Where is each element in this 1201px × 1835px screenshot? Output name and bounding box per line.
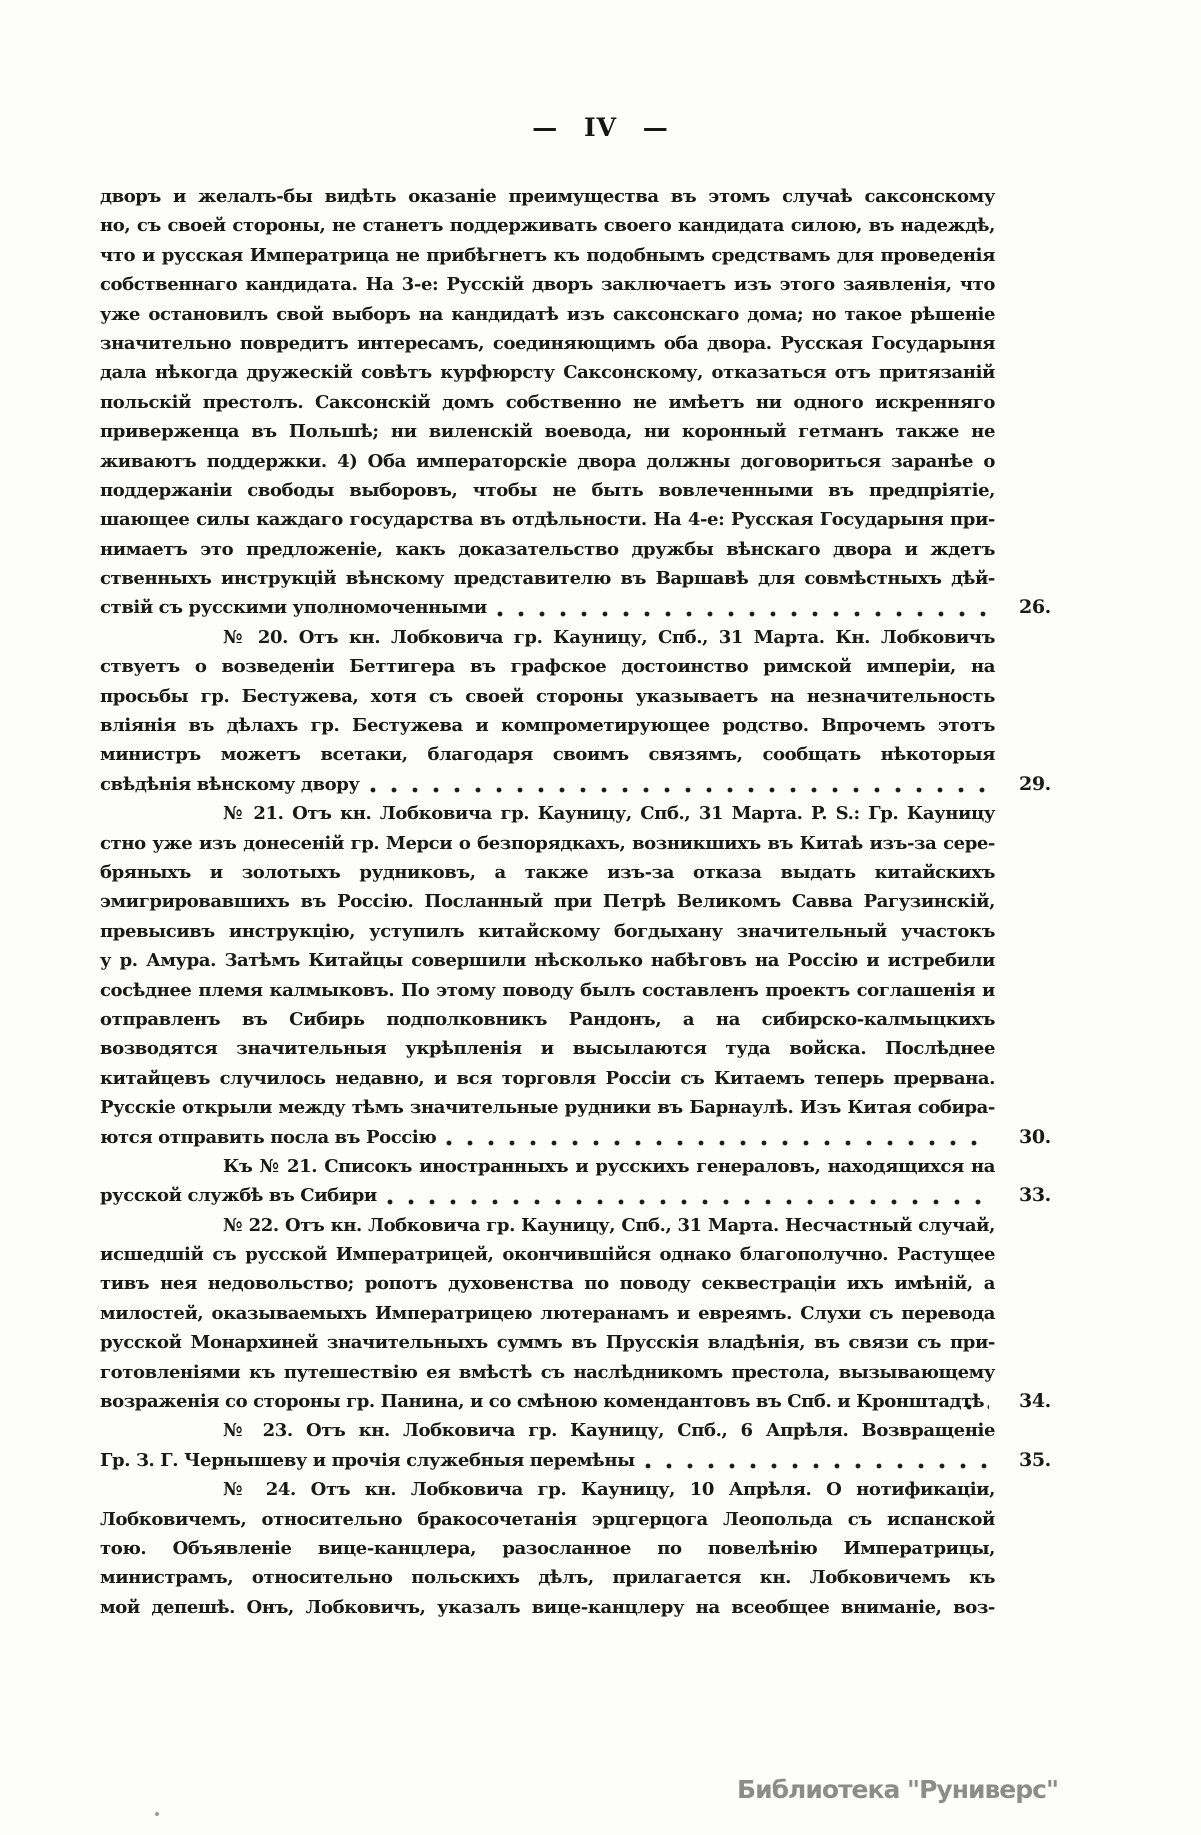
dotted-leader <box>446 1140 989 1146</box>
toc-line-text: шающее силы каждаго государства въ отдѣл… <box>100 505 995 534</box>
toc-line: ствуетъ о возведеніи Беттигера въ графск… <box>100 652 1075 681</box>
toc-line: дала нѣкогда дружескій совѣтъ курфюрсту … <box>100 358 1075 387</box>
toc-line-text: эмигрировавшихъ въ Россію. Посланный при… <box>100 887 995 916</box>
toc-line: милостей, оказываемыхъ Императрицею люте… <box>100 1299 1075 1328</box>
toc-line: исшедшій съ русской Императрицей, окончи… <box>100 1240 1075 1269</box>
dotted-leader <box>966 1404 989 1410</box>
toc-line: у р. Амура. Затѣмъ Китайцы совершили нѣс… <box>100 946 1075 975</box>
toc-line: значительно повредитъ интересамъ, соедин… <box>100 329 1075 358</box>
toc-line: дворъ и желалъ-бы видѣть оказаніе преиму… <box>100 182 1075 211</box>
toc-line-text: дворъ и желалъ-бы видѣть оказаніе преиму… <box>100 182 995 211</box>
toc-line-text: что и русская Императрица не прибѣгнетъ … <box>100 241 995 270</box>
toc-line: мой депешѣ. Онъ, Лобковичъ, указалъ вице… <box>100 1593 1075 1622</box>
toc-line-text: превысивъ инструкцію, уступилъ китайском… <box>100 917 995 946</box>
dotted-leader <box>497 611 989 617</box>
toc-line: возводятся значительныя укрѣпленія и выс… <box>100 1034 1075 1063</box>
toc-line: ственныхъ инструкцій вѣнскому представит… <box>100 564 1075 593</box>
toc-line-text: но, съ своей стороны, не станетъ поддерж… <box>100 211 995 240</box>
toc-line: готовленіями къ путешествію ея вмѣстѣ съ… <box>100 1358 1075 1387</box>
toc-line: вліянія въ дѣлахъ гр. Бестужева и компро… <box>100 711 1075 740</box>
toc-line: русской службѣ въ Сибири33. <box>100 1181 1075 1210</box>
toc-line: бряныхъ и золотыхъ рудниковъ, а также из… <box>100 858 1075 887</box>
toc-line: русской Монархиней значительныхъ суммъ в… <box>100 1328 1075 1357</box>
toc-line: но, съ своей стороны, не станетъ поддерж… <box>100 211 1075 240</box>
toc-line-text: нимаетъ это предложеніе, какъ доказатель… <box>100 535 995 564</box>
toc-line: министрамъ, относительно польскихъ дѣлъ,… <box>100 1563 1075 1592</box>
toc-line: живаютъ поддержки. 4) Оба императорскіе … <box>100 447 1075 476</box>
toc-line: № 24. Отъ кн. Лобковича гр. Кауницу, 10 … <box>100 1475 1075 1504</box>
toc-line: ствій съ русскими уполномоченными26. <box>100 593 1075 622</box>
toc-line: нимаетъ это предложеніе, какъ доказатель… <box>100 535 1075 564</box>
toc-line: № 22. Отъ кн. Лобковича гр. Кауницу, Спб… <box>100 1211 1075 1240</box>
toc-line-text: министрамъ, относительно польскихъ дѣлъ,… <box>100 1563 995 1592</box>
toc-line-text: ются отправить посла въ Россію <box>100 1123 436 1152</box>
page-number-roman: — IV — <box>0 113 1201 142</box>
entry-page-number: 26. <box>995 593 1075 622</box>
entry-number: № 21. <box>223 803 292 824</box>
entry-number: № 22. <box>223 1215 285 1236</box>
toc-line-text: сосѣднее племя калмыковъ. По этому повод… <box>100 976 995 1005</box>
toc-line: сосѣднее племя калмыковъ. По этому повод… <box>100 976 1075 1005</box>
toc-line: № 20. Отъ кн. Лобковича гр. Кауницу, Спб… <box>100 623 1075 652</box>
toc-line: приверженца въ Польшѣ; ни виленскій воев… <box>100 417 1075 446</box>
toc-line-text: Лобковичемъ, относительно бракосочетанія… <box>100 1505 995 1534</box>
toc-line: министръ можетъ всетаки, благодаря своим… <box>100 740 1075 769</box>
entry-page-number: 29. <box>995 770 1075 799</box>
toc-line: поддержаніи свободы выборовъ, чтобы не б… <box>100 476 1075 505</box>
toc-line-text: № 21. Отъ кн. Лобковича гр. Кауницу, Спб… <box>100 799 995 828</box>
toc-line-text: исшедшій съ русской Императрицей, окончи… <box>100 1240 995 1269</box>
entry-page-number: 30. <box>995 1123 1075 1152</box>
toc-line: что и русская Императрица не прибѣгнетъ … <box>100 241 1075 270</box>
toc-line-text: китайцевъ случилось недавно, и вся торго… <box>100 1064 995 1093</box>
toc-line-text: № 20. Отъ кн. Лобковича гр. Кауницу, Спб… <box>100 623 995 652</box>
toc-line: Русскіе открыли между тѣмъ значительные … <box>100 1093 1075 1122</box>
toc-line: тивъ нея недовольство; ропотъ духовенств… <box>100 1269 1075 1298</box>
toc-line-text: стно уже изъ донесеній гр. Мерси о безпо… <box>100 829 995 858</box>
toc-line-text: ственныхъ инструкцій вѣнскому представит… <box>100 564 995 593</box>
toc-line: уже остановилъ свой выборъ на кандидатѣ … <box>100 300 1075 329</box>
toc-line-text: Русскіе открыли между тѣмъ значительные … <box>100 1093 995 1122</box>
toc-line: ются отправить посла въ Россію30. <box>100 1123 1075 1152</box>
toc-line: свѣдѣнія вѣнскому двору29. <box>100 770 1075 799</box>
toc-line-text: Гр. З. Г. Чернышеву и прочія служебныя п… <box>100 1446 635 1475</box>
toc-line: Лобковичемъ, относительно бракосочетанія… <box>100 1505 1075 1534</box>
toc-line-text: уже остановилъ свой выборъ на кандидатѣ … <box>100 300 995 329</box>
toc-line-text: живаютъ поддержки. 4) Оба императорскіе … <box>100 447 995 476</box>
toc-line-text: министръ можетъ всетаки, благодаря своим… <box>100 740 995 769</box>
toc-line-text: возводятся значительныя укрѣпленія и выс… <box>100 1034 995 1063</box>
toc-line-text: просьбы гр. Бестужева, хотя съ своей сто… <box>100 682 995 711</box>
library-watermark: Библиотека "Руниверс" <box>737 1775 1058 1804</box>
toc-line-text: свѣдѣнія вѣнскому двору <box>100 770 360 799</box>
toc-line-text: русской Монархиней значительныхъ суммъ в… <box>100 1328 995 1357</box>
entry-number: № 24. <box>223 1479 311 1500</box>
toc-line: Гр. З. Г. Чернышеву и прочія служебныя п… <box>100 1446 1075 1475</box>
toc-line-text: возраженія со стороны гр. Панина, и со с… <box>100 1387 956 1416</box>
toc-line: тою. Объявленіе вице-канцлера, разосланн… <box>100 1534 1075 1563</box>
toc-line-text: № 24. Отъ кн. Лобковича гр. Кауницу, 10 … <box>100 1475 995 1504</box>
toc-block: дворъ и желалъ-бы видѣть оказаніе преиму… <box>100 182 1075 1622</box>
toc-line: китайцевъ случилось недавно, и вся торго… <box>100 1064 1075 1093</box>
toc-line-text: дала нѣкогда дружескій совѣтъ курфюрсту … <box>100 358 995 387</box>
entry-number: № 20. <box>223 627 299 648</box>
toc-line: эмигрировавшихъ въ Россію. Посланный при… <box>100 887 1075 916</box>
entry-page-number: 33. <box>995 1181 1075 1210</box>
toc-line-text: милостей, оказываемыхъ Императрицею люте… <box>100 1299 995 1328</box>
toc-line-text: бряныхъ и золотыхъ рудниковъ, а также из… <box>100 858 995 887</box>
toc-line-text: ствій съ русскими уполномоченными <box>100 593 487 622</box>
toc-line: Къ № 21. Списокъ иностранныхъ и русскихъ… <box>100 1152 1075 1181</box>
toc-line-text: тивъ нея недовольство; ропотъ духовенств… <box>100 1269 995 1298</box>
toc-line: № 21. Отъ кн. Лобковича гр. Кауницу, Спб… <box>100 799 1075 828</box>
toc-line-text: у р. Амура. Затѣмъ Китайцы совершили нѣс… <box>100 946 995 975</box>
toc-line: возраженія со стороны гр. Панина, и со с… <box>100 1387 1075 1416</box>
toc-line: стно уже изъ донесеній гр. Мерси о безпо… <box>100 829 1075 858</box>
toc-line: № 23. Отъ кн. Лобковича гр. Кауницу, Спб… <box>100 1416 1075 1445</box>
toc-line-text: русской службѣ въ Сибири <box>100 1181 377 1210</box>
toc-line: превысивъ инструкцію, уступилъ китайском… <box>100 917 1075 946</box>
toc-line-text: ствуетъ о возведеніи Беттигера въ графск… <box>100 652 995 681</box>
dotted-leader <box>370 787 990 793</box>
scanned-book-page: — IV — дворъ и желалъ-бы видѣть оказаніе… <box>0 0 1201 1835</box>
scan-speck <box>155 1812 159 1816</box>
toc-line-text: тою. Объявленіе вице-канцлера, разосланн… <box>100 1534 995 1563</box>
toc-line-text: приверженца въ Польшѣ; ни виленскій воев… <box>100 417 995 446</box>
toc-line-text: собственнаго кандидата. На 3-е: Русскій … <box>100 270 995 299</box>
dotted-leader <box>645 1463 989 1469</box>
toc-line: собственнаго кандидата. На 3-е: Русскій … <box>100 270 1075 299</box>
toc-line-text: значительно повредитъ интересамъ, соедин… <box>100 329 995 358</box>
toc-line-text: № 22. Отъ кн. Лобковича гр. Кауницу, Спб… <box>100 1211 995 1240</box>
entry-page-number: 34. <box>995 1387 1075 1416</box>
toc-line-text: № 23. Отъ кн. Лобковича гр. Кауницу, Спб… <box>100 1416 995 1445</box>
toc-line-text: вліянія въ дѣлахъ гр. Бестужева и компро… <box>100 711 995 740</box>
toc-line-text: поддержаніи свободы выборовъ, чтобы не б… <box>100 476 995 505</box>
toc-line: отправленъ въ Сибирь подполковникъ Рандо… <box>100 1005 1075 1034</box>
toc-line-text: Къ № 21. Списокъ иностранныхъ и русскихъ… <box>100 1152 995 1181</box>
entry-page-number: 35. <box>995 1446 1075 1475</box>
toc-line-text: отправленъ въ Сибирь подполковникъ Рандо… <box>100 1005 995 1034</box>
toc-line-text: мой депешѣ. Онъ, Лобковичъ, указалъ вице… <box>100 1593 995 1622</box>
toc-line: просьбы гр. Бестужева, хотя съ своей сто… <box>100 682 1075 711</box>
toc-line: польскій престолъ. Саксонскій домъ собст… <box>100 388 1075 417</box>
entry-number: № 23. <box>223 1420 306 1441</box>
entry-number: Къ № 21. <box>223 1156 324 1177</box>
toc-line-text: польскій престолъ. Саксонскій домъ собст… <box>100 388 995 417</box>
toc-line: шающее силы каждаго государства въ отдѣл… <box>100 505 1075 534</box>
dotted-leader <box>387 1199 989 1205</box>
toc-line-text: готовленіями къ путешествію ея вмѣстѣ съ… <box>100 1358 995 1387</box>
